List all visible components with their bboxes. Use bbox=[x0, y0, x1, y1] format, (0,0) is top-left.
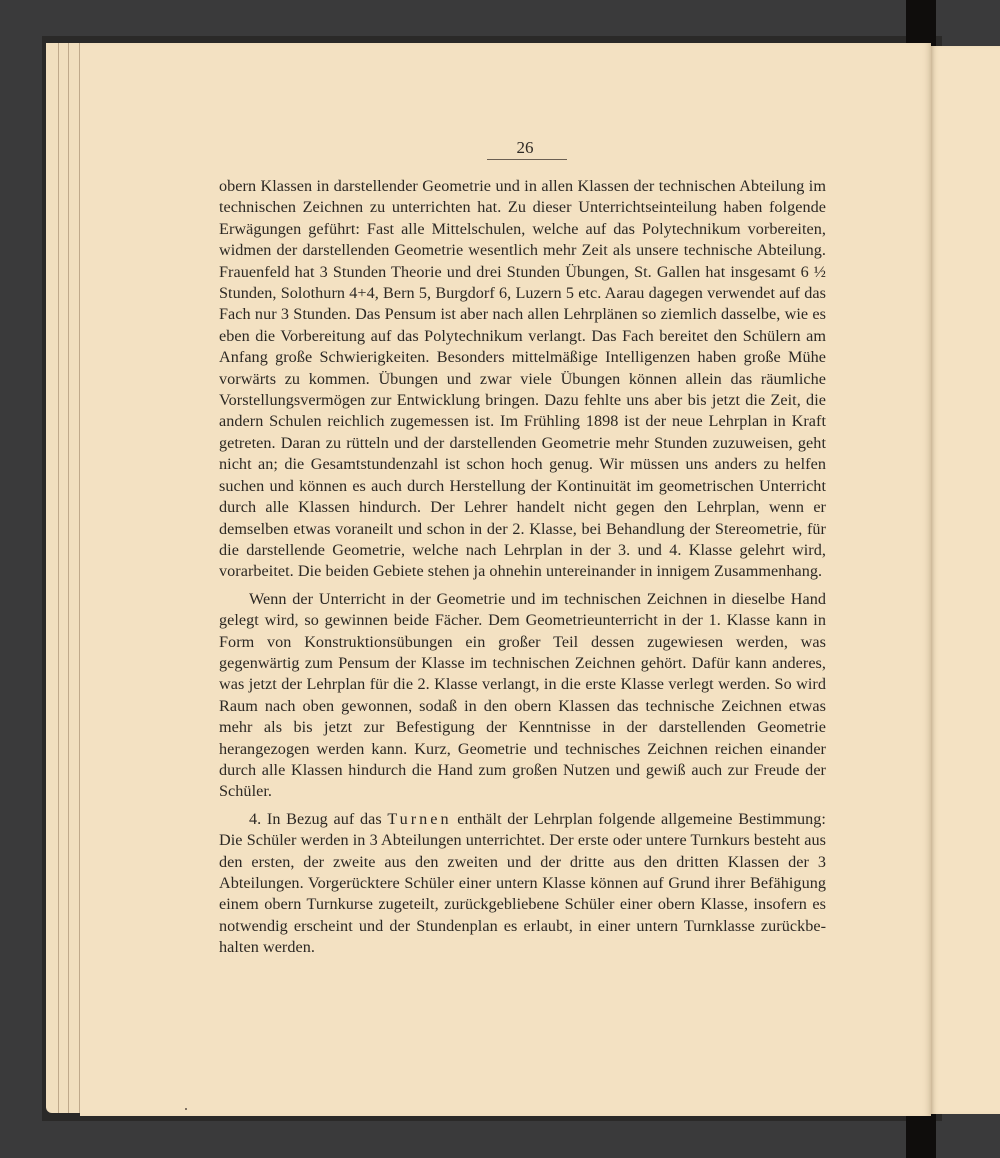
page-number: 26 bbox=[480, 138, 570, 158]
paragraph: Wenn der Unterricht in der Geometrie und… bbox=[219, 589, 826, 803]
paragraph: obern Klassen in darstellender Geometrie… bbox=[219, 176, 826, 583]
page-number-rule bbox=[487, 159, 567, 160]
paragraph: 4. In Bezug auf das Turnen enthält der L… bbox=[219, 809, 826, 959]
page-edge-line bbox=[68, 43, 69, 1113]
book-gutter-top bbox=[906, 0, 936, 46]
emphasized-term: Turnen bbox=[387, 810, 451, 828]
paragraph-text: enthält der Lehrplan folgende allgemeine… bbox=[219, 810, 826, 956]
body-text: obern Klassen in darstellender Geometrie… bbox=[219, 176, 826, 959]
paragraph-lead: 4. In Bezug auf das bbox=[249, 810, 387, 828]
page-edge-line bbox=[58, 43, 59, 1113]
paper-speck bbox=[185, 1108, 187, 1110]
facing-page-edge bbox=[931, 46, 1000, 1114]
book-gutter-bottom bbox=[906, 1113, 936, 1158]
